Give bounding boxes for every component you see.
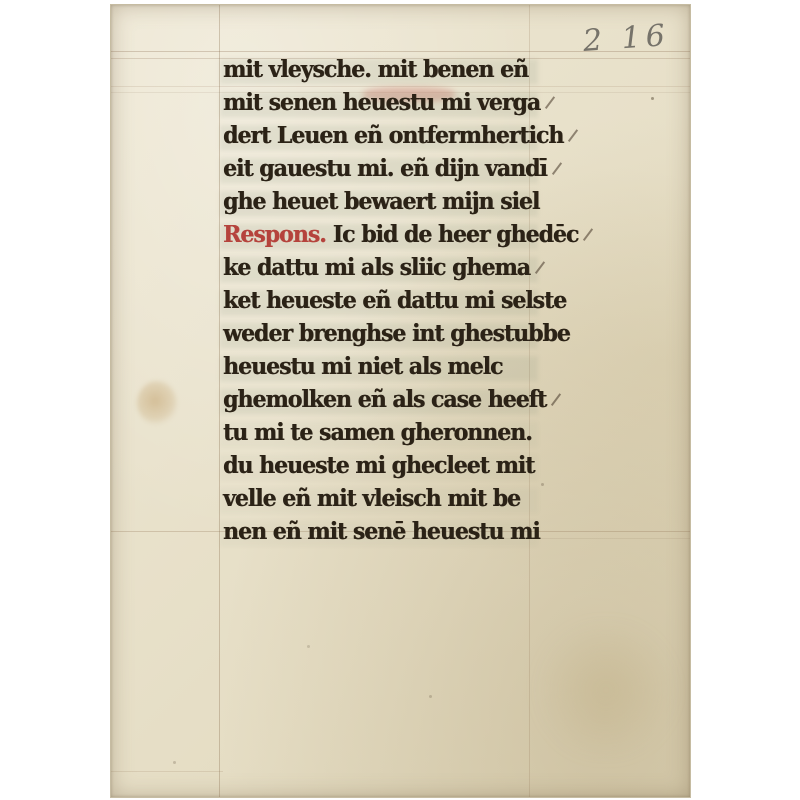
line-text: heuestu mi niet als melc — [223, 353, 502, 380]
line-text: nen eñ mit senē heuestu mi — [223, 518, 540, 545]
text-line: mit vleysche. mit benen eñ — [223, 53, 553, 87]
manuscript-photo: 2 16 mit vleysche. mit benen eñmit senen… — [110, 4, 691, 798]
folio-number: 2 16 — [582, 18, 671, 59]
pen-flourish — [552, 162, 562, 175]
text-line: ke dattu mi als sliic ghema — [223, 251, 553, 285]
ink-speck — [651, 97, 654, 100]
line-text: ghe heuet bewaert mijn siel — [223, 188, 539, 215]
line-text: ket heueste eñ dattu mi selste — [223, 287, 566, 314]
text-line: ghe heuet bewaert mijn siel — [223, 185, 553, 219]
text-line: ket heueste eñ dattu mi selste — [223, 284, 553, 318]
line-text: du heueste mi ghecleet mit — [223, 452, 534, 479]
pen-flourish — [535, 261, 545, 274]
text-line: nen eñ mit senē heuestu mi — [223, 515, 553, 549]
line-text: eit gauestu mi. eñ dijn vandī — [223, 155, 547, 182]
text-line: ghemolken eñ als case heeft — [223, 383, 553, 417]
line-text: ke dattu mi als sliic ghema — [223, 254, 530, 281]
parchment-discoloration — [531, 625, 681, 755]
line-text: mit vleysche. mit benen eñ — [223, 56, 528, 83]
ink-speck — [173, 761, 176, 764]
pen-flourish — [545, 96, 555, 109]
parchment-stain — [137, 381, 177, 425]
rubric-respons: Respons. — [223, 221, 326, 248]
ink-speck — [307, 645, 310, 648]
screenshot-canvas: 2 16 mit vleysche. mit benen eñmit senen… — [0, 0, 800, 800]
text-line: eit gauestu mi. eñ dijn vandī — [223, 152, 553, 186]
line-text: dert Leuen eñ ontfermhertich — [223, 122, 563, 149]
pen-flourish — [551, 393, 561, 406]
text-line: du heueste mi ghecleet mit — [223, 449, 553, 483]
text-line: mit senen heuestu mi verga — [223, 86, 553, 120]
text-block: mit vleysche. mit benen eñmit senen heue… — [223, 53, 553, 548]
text-line: velle eñ mit vleisch mit be — [223, 482, 553, 516]
line-text: tu mi te samen gheronnen. — [223, 419, 532, 446]
text-line: tu mi te samen gheronnen. — [223, 416, 553, 450]
line-text: ghemolken eñ als case heeft — [223, 386, 546, 413]
ruling-line-horizontal-foot — [111, 771, 223, 772]
text-line: dert Leuen eñ ontfermhertich — [223, 119, 553, 153]
line-text: weder brenghse int ghestubbe — [223, 320, 570, 347]
line-text: Ic bid de heer ghedēc — [333, 221, 579, 248]
line-text: velle eñ mit vleisch mit be — [223, 485, 520, 512]
pen-flourish — [568, 129, 578, 142]
text-line: weder brenghse int ghestubbe — [223, 317, 553, 351]
pen-flourish — [583, 228, 593, 241]
text-line: Respons.Ic bid de heer ghedēc — [223, 218, 553, 252]
text-line: heuestu mi niet als melc — [223, 350, 553, 384]
ink-speck — [429, 695, 432, 698]
line-text: mit senen heuestu mi verga — [223, 89, 540, 116]
